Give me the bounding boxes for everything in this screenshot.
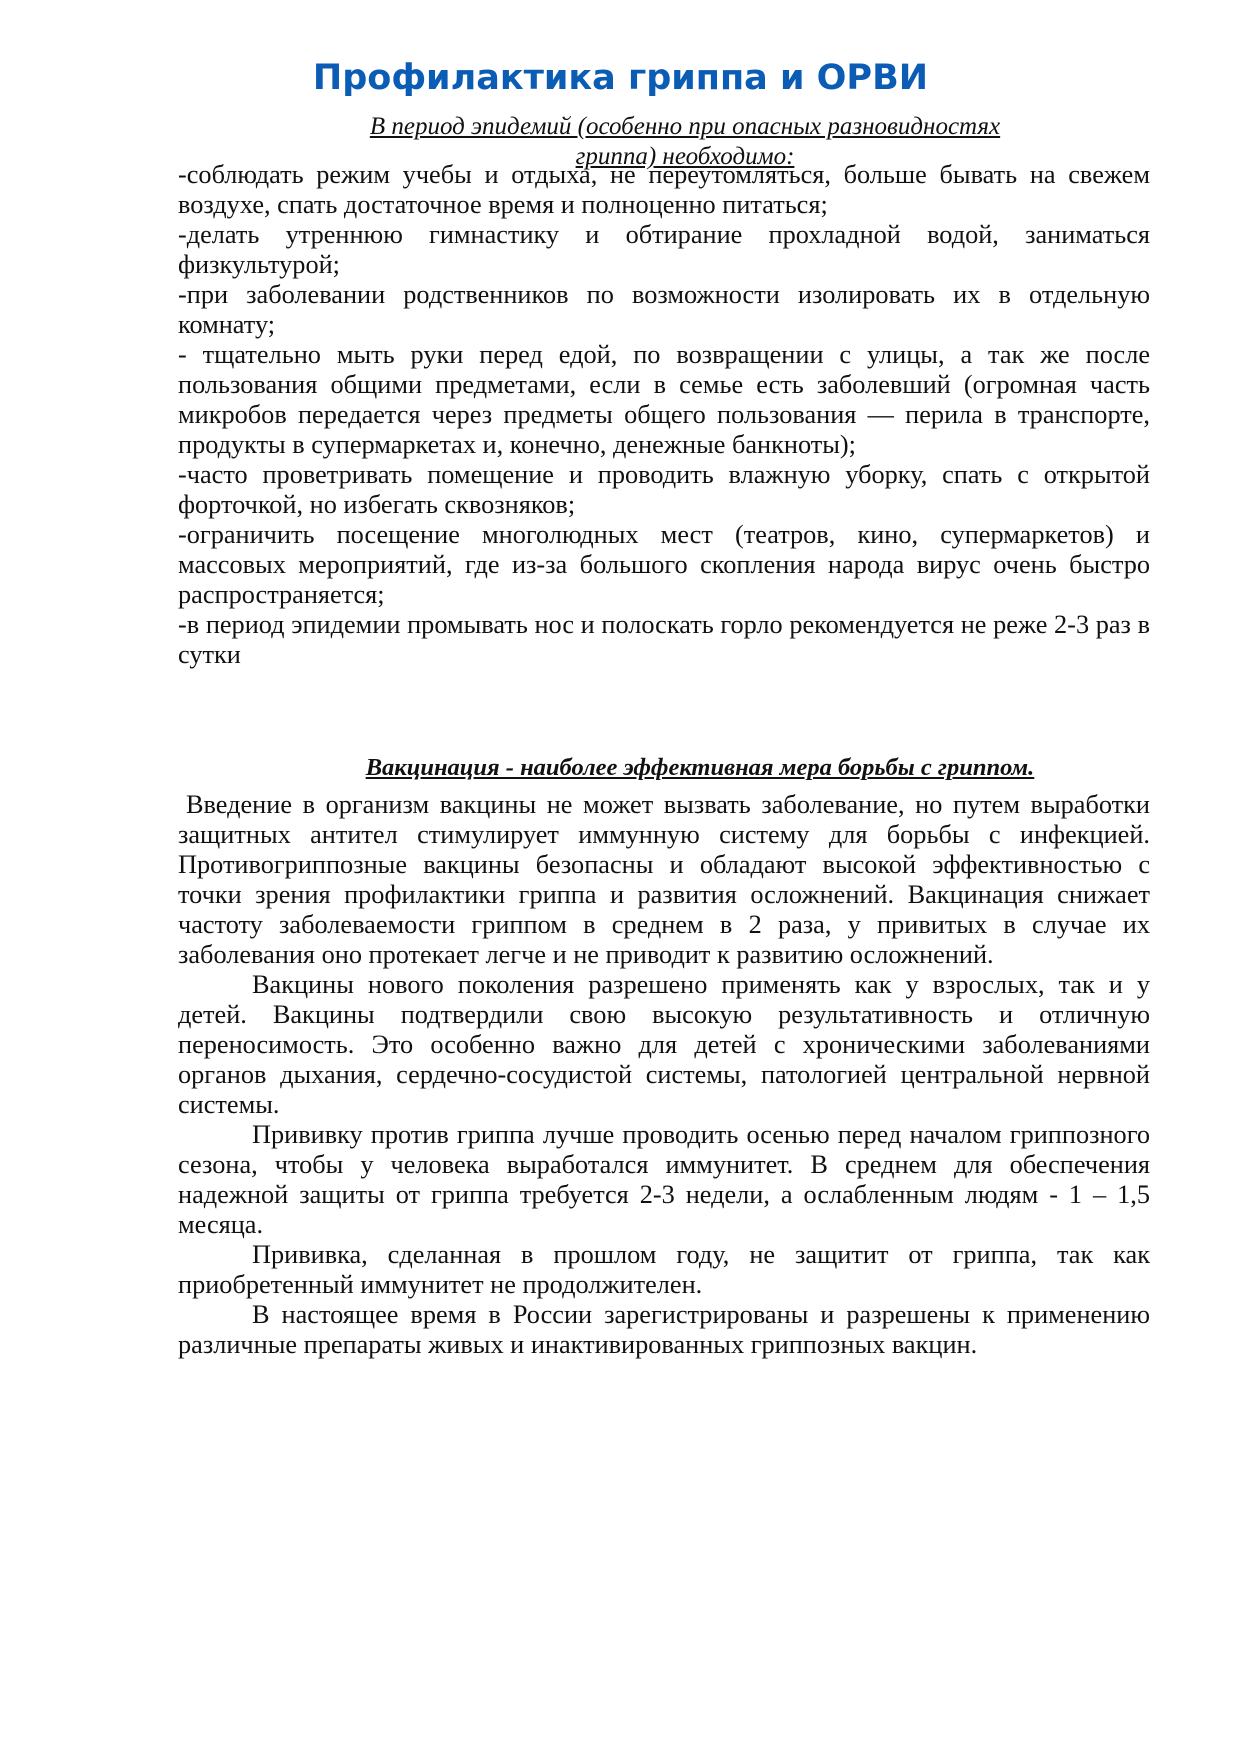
recommendation-item: -часто проветривать помещение и проводит… xyxy=(178,460,1150,520)
vaccination-paragraph: Прививку против гриппа лучше проводить о… xyxy=(178,1120,1150,1240)
vaccination-paragraph: Вакцины нового поколения разрешено приме… xyxy=(178,970,1150,1120)
recommendation-item: -соблюдать режим учебы и отдыха, не пере… xyxy=(178,160,1150,220)
recommendation-item: -ограничить посещение многолюдных мест (… xyxy=(178,520,1150,610)
vaccination-paragraph: Прививка, сделанная в прошлом году, не з… xyxy=(178,1240,1150,1300)
recommendation-item: -при заболевании родственников по возмож… xyxy=(178,280,1150,340)
recommendation-item: - тщательно мыть руки перед едой, по воз… xyxy=(178,340,1150,460)
document-title: Профилактика гриппа и ОРВИ xyxy=(0,58,1241,98)
document-page: Профилактика гриппа и ОРВИ В период эпид… xyxy=(0,0,1241,1755)
recommendations-list: -соблюдать режим учебы и отдыха, не пере… xyxy=(178,160,1150,670)
vaccination-section: Введение в организм вакцины не может выз… xyxy=(178,790,1150,1360)
vaccination-paragraph: Введение в организм вакцины не может выз… xyxy=(178,790,1150,970)
vaccination-paragraph: В настоящее время в России зарегистриров… xyxy=(178,1300,1150,1360)
intro-heading-line-1: В период эпидемий (особенно при опасных … xyxy=(370,113,1000,140)
recommendation-item: -в период эпидемии промывать нос и полос… xyxy=(178,610,1150,670)
vaccination-heading: Вакцинация - наиболее эффективная мера б… xyxy=(300,753,1100,783)
recommendation-item: -делать утреннюю гимнастику и обтирание … xyxy=(178,220,1150,280)
